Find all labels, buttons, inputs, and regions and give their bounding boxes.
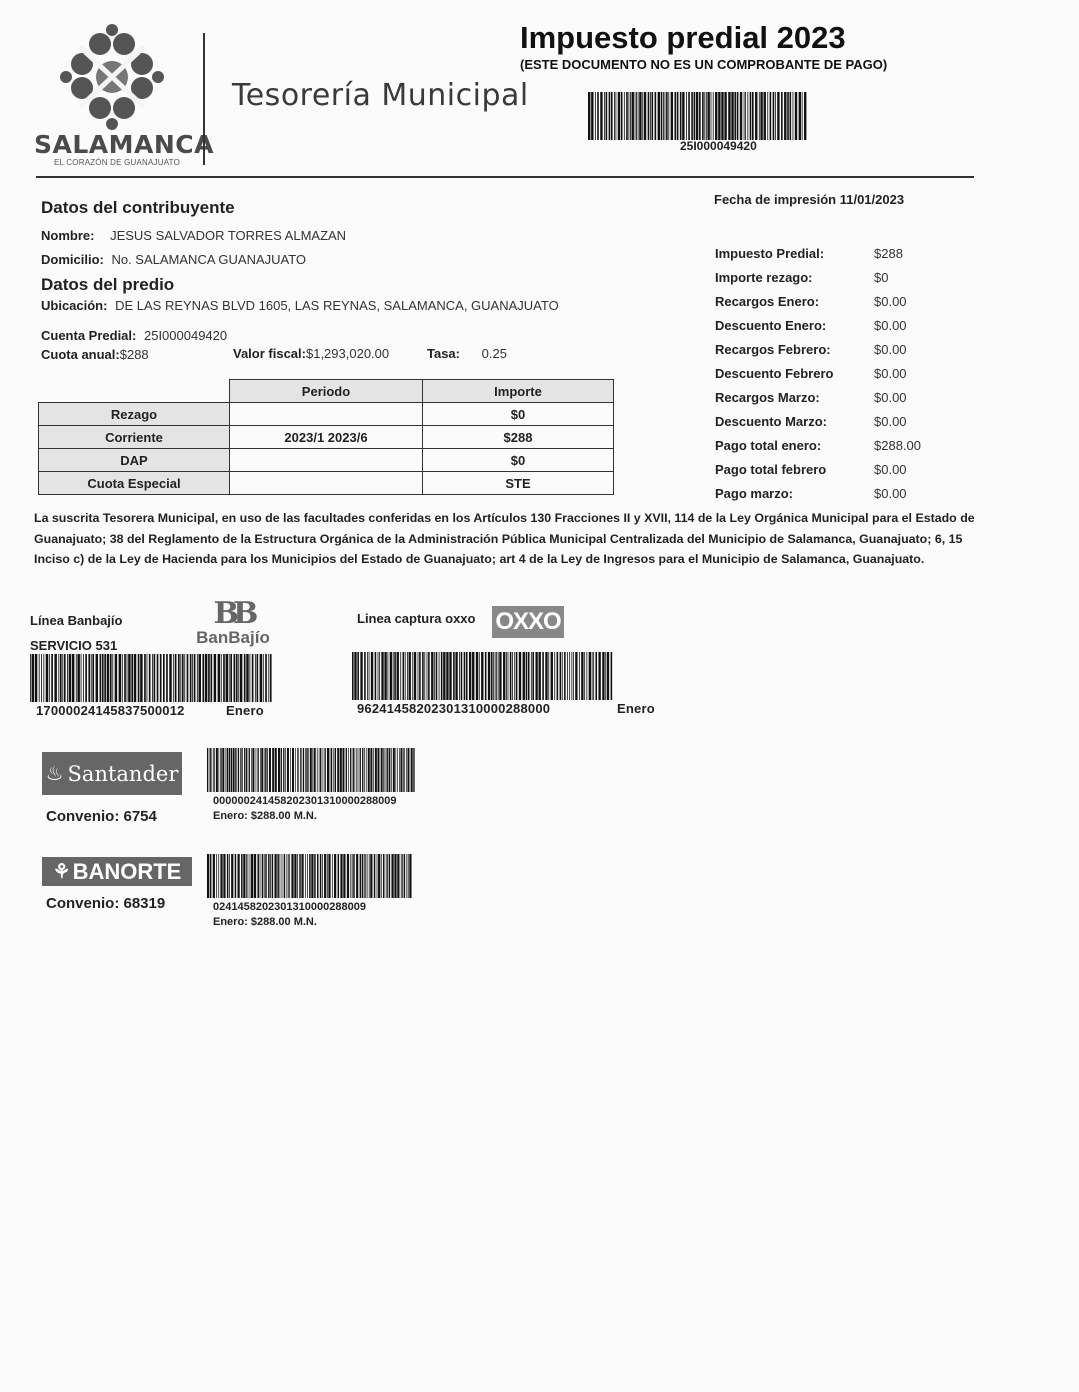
santander-logo: ♨ Santander <box>42 752 182 795</box>
row-concepto: Cuota Especial <box>39 472 230 495</box>
summary-row: Pago total enero:$288.00 <box>715 433 955 457</box>
tasa-label: Tasa: <box>427 346 460 361</box>
contribuyente-heading: Datos del contribuyente <box>41 198 235 218</box>
summary-value: $0.00 <box>874 414 907 429</box>
summary-label: Pago total febrero <box>715 462 874 477</box>
header-rule <box>36 176 974 178</box>
tasa-row: Tasa: 0.25 <box>427 346 507 361</box>
summary-value: $0.00 <box>874 366 907 381</box>
banbajio-servicio: SERVICIO 531 <box>30 638 117 653</box>
oxxo-barcode <box>352 652 658 700</box>
row-concepto: DAP <box>39 449 230 472</box>
print-date: Fecha de impresión 11/01/2023 <box>714 192 904 207</box>
document-title: Impuesto predial 2023 <box>520 20 846 56</box>
summary-row: Recargos Febrero:$0.00 <box>715 337 955 361</box>
valor-row: Valor fiscal:$1,293,020.00 <box>233 346 389 361</box>
domicilio-row: Domicilio: No. SALAMANCA GUANAJUATO <box>41 252 306 267</box>
banorte-barcode-number: 024145820230131000028800​9 <box>213 901 366 913</box>
cuota-value: $288 <box>120 347 149 362</box>
row-concepto: Rezago <box>39 403 230 426</box>
tax-breakdown-table: Periodo Importe Rezago $0 Corriente 2023… <box>38 379 614 495</box>
banbajio-mark-icon: BB <box>188 600 278 628</box>
summary-row: Descuento Marzo:$0.00 <box>715 409 955 433</box>
summary-label: Impuesto Predial: <box>715 246 874 261</box>
santander-logo-text: Santander <box>68 762 179 786</box>
logo-tagline: EL CORAZÓN DE GUANAJUATO <box>54 158 180 167</box>
header-divider <box>203 33 205 165</box>
summary-value: $0 <box>874 270 888 285</box>
salamanca-logo-icon <box>52 22 172 132</box>
summary-value: $0.00 <box>874 294 907 309</box>
summary-row: Descuento Enero:$0.00 <box>715 313 955 337</box>
oxxo-barcode-number: 96241458202301310000288000 <box>357 701 550 716</box>
domicilio-label: Domicilio: <box>41 252 104 267</box>
summary-value: $0.00 <box>874 318 907 333</box>
summary-label: Recargos Enero: <box>715 294 874 309</box>
disclaimer: (ESTE DOCUMENTO NO ES UN COMPROBANTE DE … <box>520 57 887 72</box>
banorte-logo-text: BANORTE <box>73 859 182 885</box>
summary-label: Importe rezago: <box>715 270 874 285</box>
nombre-row: Nombre: JESUS SALVADOR TORRES ALMAZAN <box>41 228 346 243</box>
nombre-label: Nombre: <box>41 228 94 243</box>
predio-heading: Datos del predio <box>41 275 174 295</box>
summary-value: $0.00 <box>874 390 907 405</box>
banbajio-barcode <box>30 654 318 702</box>
row-importe: $0 <box>423 449 614 472</box>
payment-summary: Impuesto Predial:$288Importe rezago:$0Re… <box>715 241 955 505</box>
cuenta-label: Cuenta Predial: <box>41 328 136 343</box>
summary-row: Impuesto Predial:$288 <box>715 241 955 265</box>
table-header-row: Periodo Importe <box>39 380 614 403</box>
account-barcode <box>588 92 852 140</box>
summary-label: Descuento Febrero <box>715 366 874 381</box>
summary-row: Pago total febrero$0.00 <box>715 457 955 481</box>
table-row: Corriente 2023/1 2023/6 $288 <box>39 426 614 449</box>
row-periodo <box>230 472 423 495</box>
row-periodo <box>230 449 423 472</box>
summary-value: $0.00 <box>874 342 907 357</box>
print-date-label: Fecha de impresión <box>714 192 836 207</box>
nombre-value: JESUS SALVADOR TORRES ALMAZAN <box>110 228 346 243</box>
cuota-label: Cuota anual: <box>41 347 120 362</box>
oxxo-label: Linea captura oxxo <box>357 611 475 626</box>
santander-barcode <box>207 748 449 792</box>
account-barcode-number: 25I000049420 <box>680 139 757 153</box>
summary-row: Recargos Marzo:$0.00 <box>715 385 955 409</box>
valor-label: Valor fiscal: <box>233 346 306 361</box>
header-importe: Importe <box>423 380 614 403</box>
row-importe: $288 <box>423 426 614 449</box>
banbajio-label: Línea Banbajío <box>30 613 122 628</box>
office-name: Tesorería Municipal <box>232 78 529 113</box>
table-corner <box>39 380 230 403</box>
oxxo-month: Enero <box>617 701 655 716</box>
oxxo-logo-text: OXXO <box>495 608 560 636</box>
summary-row: Recargos Enero:$0.00 <box>715 289 955 313</box>
oxxo-logo: OXXO <box>492 606 564 638</box>
summary-label: Recargos Marzo: <box>715 390 874 405</box>
summary-value: $0.00 <box>874 486 907 501</box>
row-periodo: 2023/1 2023/6 <box>230 426 423 449</box>
valor-value: $1,293,020.00 <box>306 346 389 361</box>
cuota-row: Cuota anual:$288 <box>41 347 149 362</box>
ubicacion-label: Ubicación: <box>41 298 107 313</box>
ubicacion-value: DE LAS REYNAS BLVD 1605, LAS REYNAS, SAL… <box>115 298 559 313</box>
summary-row: Importe rezago:$0 <box>715 265 955 289</box>
banorte-barcode <box>207 854 449 898</box>
banorte-convenio: Convenio: 68319 <box>46 895 165 912</box>
ubicacion-row: Ubicación: DE LAS REYNAS BLVD 1605, LAS … <box>41 298 559 313</box>
cuenta-row: Cuenta Predial: 25I000049420 <box>41 328 227 343</box>
row-importe: $0 <box>423 403 614 426</box>
summary-label: Descuento Enero: <box>715 318 874 333</box>
banorte-mark-icon: ⚘ <box>53 859 71 884</box>
summary-label: Descuento Marzo: <box>715 414 874 429</box>
banbajio-logo: BB BanBajío <box>188 600 278 648</box>
table-row: Rezago $0 <box>39 403 614 426</box>
summary-label: Recargos Febrero: <box>715 342 874 357</box>
banbajio-month: Enero <box>226 703 264 718</box>
table-row: DAP $0 <box>39 449 614 472</box>
santander-barcode-number: 000000241458202301310000288009 <box>213 795 397 807</box>
summary-label: Pago marzo: <box>715 486 874 501</box>
summary-row: Descuento Febrero$0.00 <box>715 361 955 385</box>
legal-text: La suscrita Tesorera Municipal, en uso d… <box>34 508 979 570</box>
banbajio-logo-text: BanBajío <box>188 628 278 648</box>
print-date-value: 11/01/2023 <box>840 192 904 207</box>
banorte-logo: ⚘ BANORTE <box>42 857 192 886</box>
row-importe: STE <box>423 472 614 495</box>
summary-value: $288 <box>874 246 903 261</box>
banbajio-barcode-number: 17000024145837500012 <box>36 703 185 718</box>
row-concepto: Corriente <box>39 426 230 449</box>
santander-flame-icon: ♨ <box>46 761 64 786</box>
domicilio-value: No. SALAMANCA GUANAJUATO <box>111 252 306 267</box>
table-row: Cuota Especial STE <box>39 472 614 495</box>
summary-value: $288.00 <box>874 438 921 453</box>
summary-label: Pago total enero: <box>715 438 874 453</box>
summary-value: $0.00 <box>874 462 907 477</box>
santander-amount: Enero: $288.00 M.N. <box>213 810 317 822</box>
santander-convenio: Convenio: 6754 <box>46 808 157 825</box>
header-periodo: Periodo <box>230 380 423 403</box>
summary-row: Pago marzo:$0.00 <box>715 481 955 505</box>
cuenta-value: 25I000049420 <box>144 328 227 343</box>
banorte-amount: Enero: $288.00 M.N. <box>213 916 317 928</box>
logo-wordmark: SALAMANCA <box>34 130 214 159</box>
row-periodo <box>230 403 423 426</box>
tasa-value: 0.25 <box>482 346 507 361</box>
